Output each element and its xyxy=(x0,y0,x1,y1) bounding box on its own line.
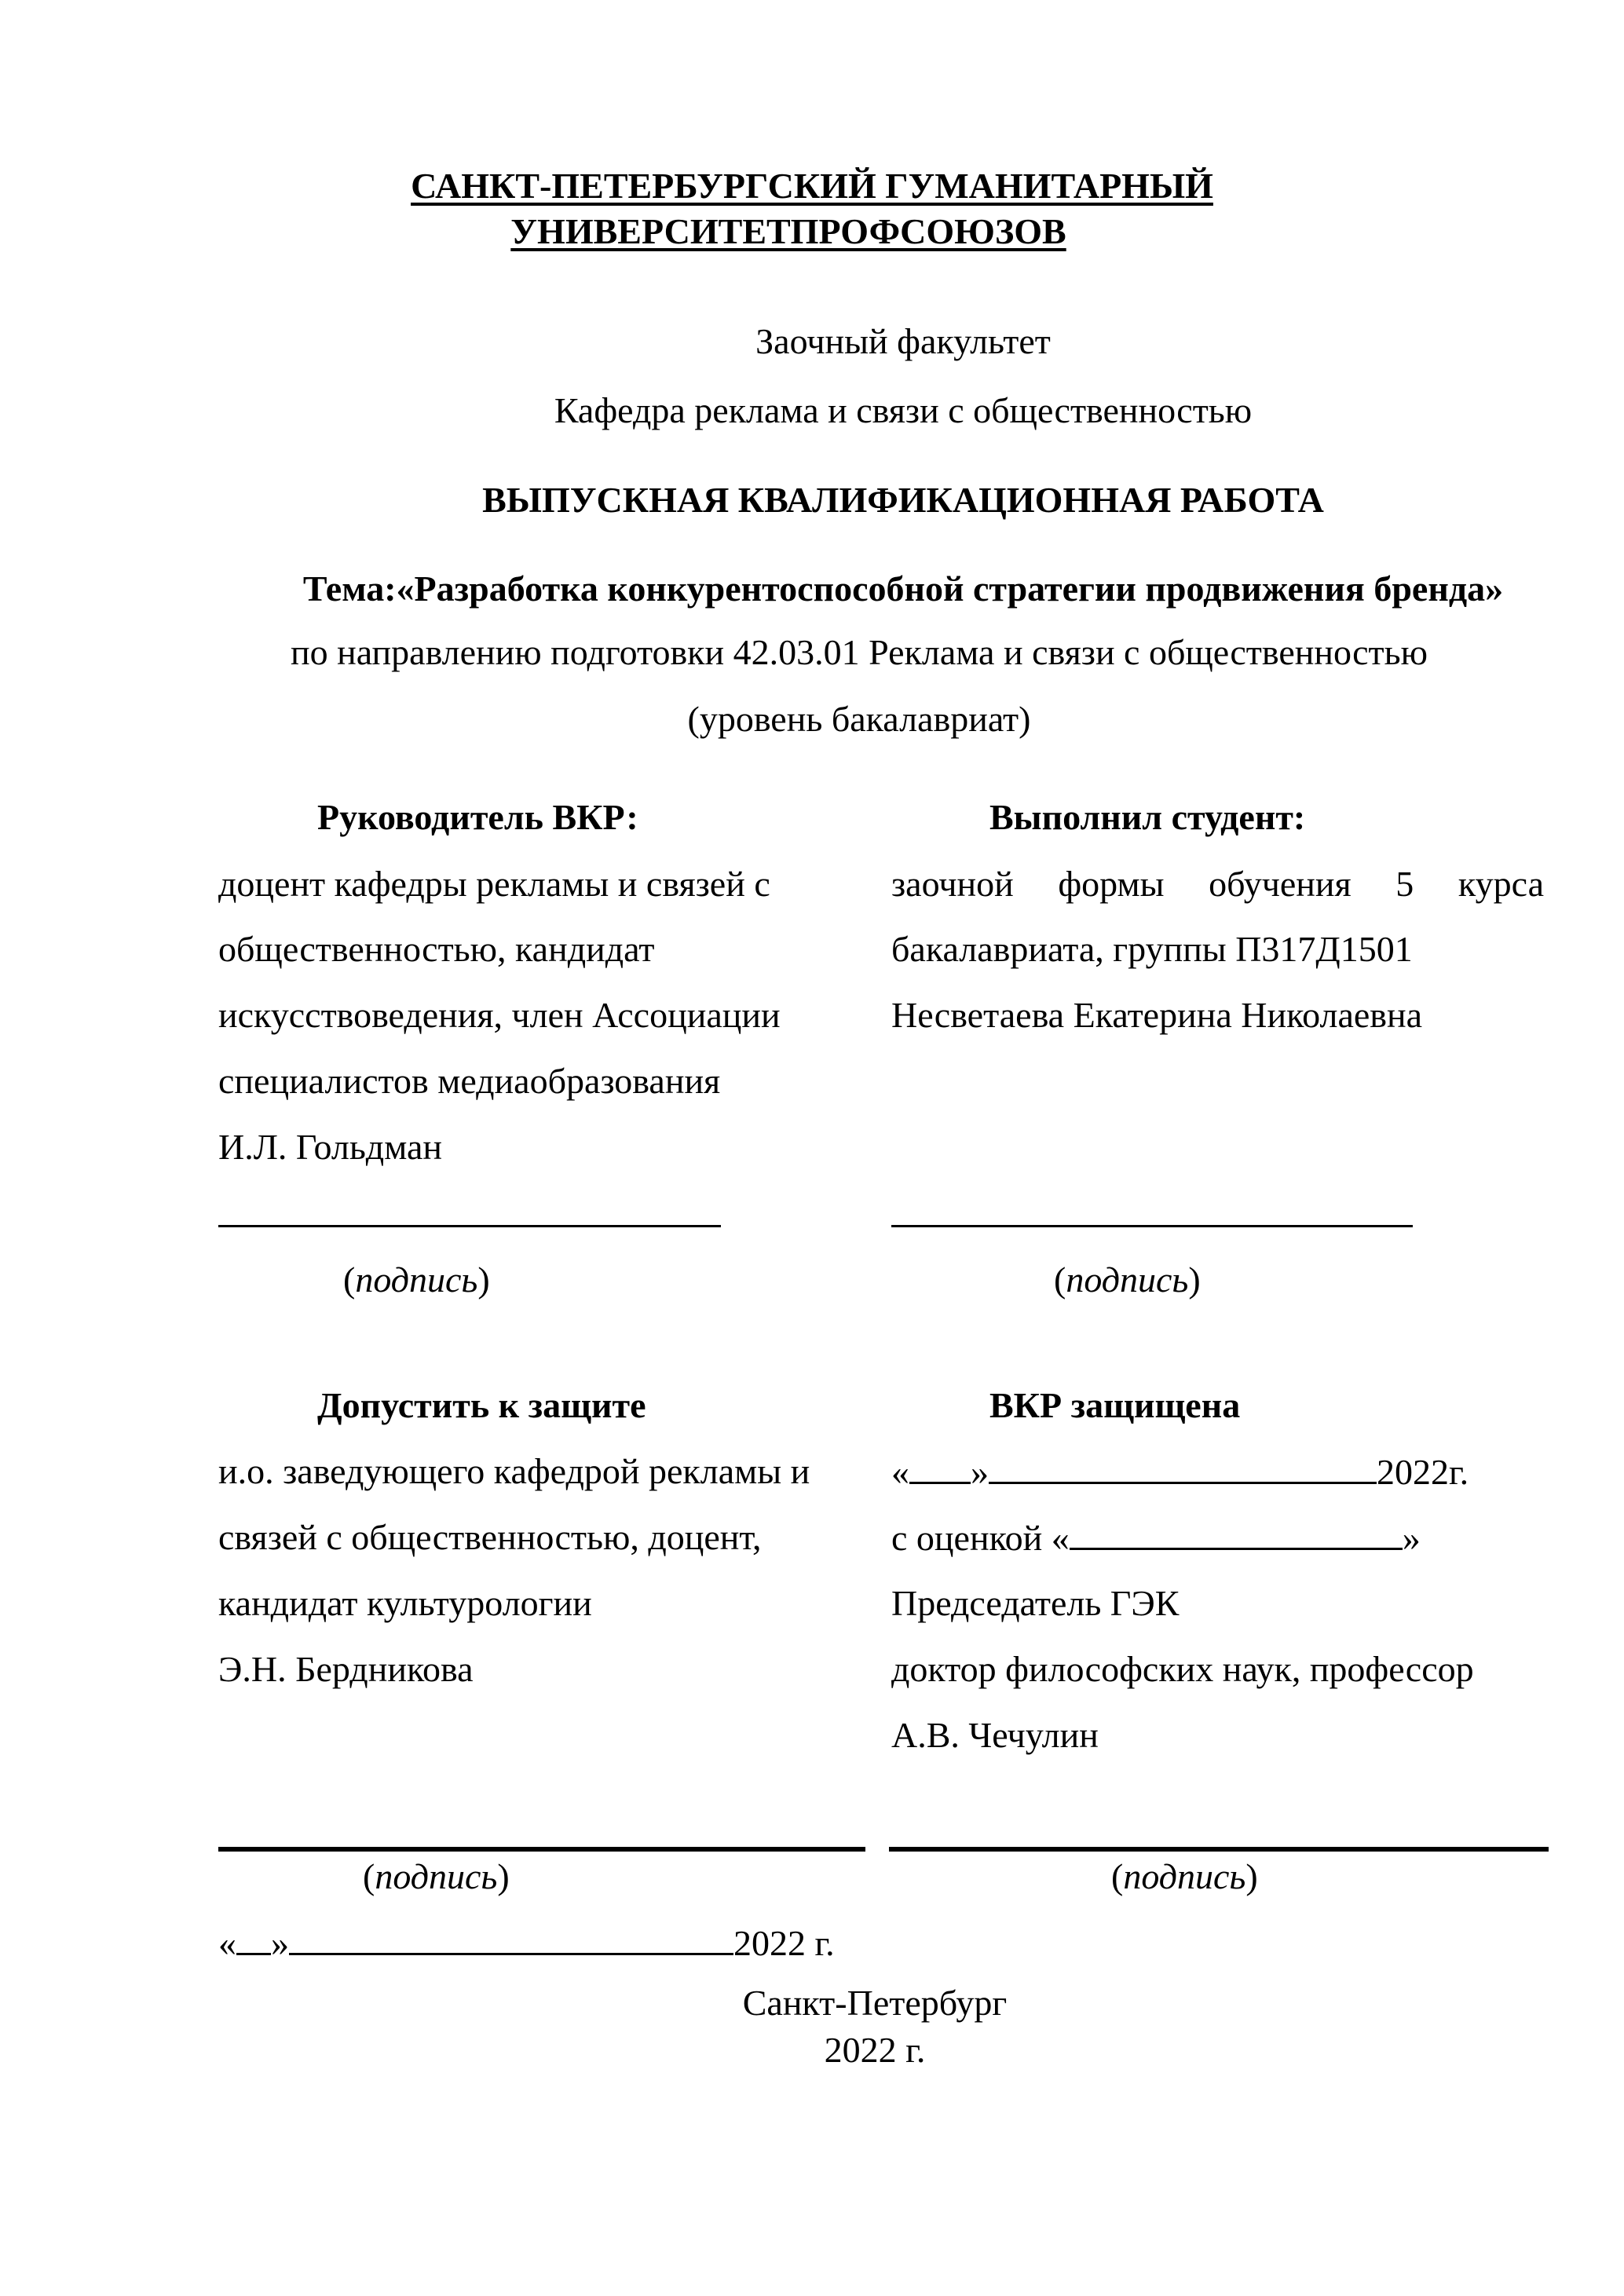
defense-signature-rule xyxy=(889,1847,1549,1852)
signature-caption-text: подпись xyxy=(355,1260,477,1300)
day-blank[interactable] xyxy=(909,1453,971,1484)
day-blank[interactable] xyxy=(236,1925,271,1955)
supervisor-name: И.Л. Гольдман xyxy=(218,1129,442,1165)
grade-blank[interactable] xyxy=(1070,1519,1403,1550)
work-type-title: ВЫПУСКНАЯ КВАЛИФИКАЦИОННАЯ РАБОТА xyxy=(91,482,1624,518)
supervisor-line: общественностью, кандидат xyxy=(218,931,654,967)
university-name-line1: САНКТ-ПЕТЕРБУРГСКИЙ ГУМАНИТАРНЫЙ xyxy=(0,168,1624,204)
student-name: Несветаева Екатерина Николаевна xyxy=(891,997,1422,1033)
quote-close: » xyxy=(971,1452,989,1492)
year-text: 2022г. xyxy=(1377,1452,1469,1492)
signature-caption-text: подпись xyxy=(1123,1856,1245,1896)
department: Кафедра реклама и связи с общественность… xyxy=(91,393,1624,429)
admission-name: Э.Н. Бердникова xyxy=(218,1651,474,1687)
direction: по направлению подготовки 42.03.01 Рекла… xyxy=(47,634,1624,671)
defense-signature-caption: (подпись) xyxy=(1111,1859,1258,1895)
student-signature-caption: (подпись) xyxy=(1054,1262,1201,1298)
year-text: 2022 г. xyxy=(733,1923,835,1963)
university-name-line2: УНИВЕРСИТЕТПРОФСОЮЗОВ xyxy=(0,214,1600,250)
topic: Тема:«Разработка конкурентоспособной стр… xyxy=(91,571,1624,607)
month-blank[interactable] xyxy=(989,1453,1377,1484)
year: 2022 г. xyxy=(63,2032,1624,2068)
supervisor-line: искусствоведения, член Ассоциации xyxy=(218,997,781,1033)
student-line: бакалавриата, группы П317Д1501 xyxy=(891,931,1413,967)
defense-line: Председатель ГЭК xyxy=(891,1585,1179,1621)
student-line: заочной формы обучения 5 курса xyxy=(891,866,1544,902)
defense-chair-name: А.В. Чечулин xyxy=(891,1717,1099,1753)
faculty: Заочный факультет xyxy=(91,324,1624,360)
admission-heading: Допустить к защите xyxy=(317,1387,646,1424)
supervisor-signature-caption: (подпись) xyxy=(343,1262,490,1298)
admission-line: кандидат культурологии xyxy=(218,1585,592,1621)
signature-caption-text: подпись xyxy=(1066,1260,1188,1300)
admission-signature-rule xyxy=(218,1847,865,1852)
student-heading: Выполнил студент: xyxy=(989,799,1305,835)
admission-line: и.о. заведующего кафедрой рекламы и xyxy=(218,1453,810,1490)
supervisor-line: доцент кафедры рекламы и связей с xyxy=(218,866,770,902)
education-level: (уровень бакалавриат) xyxy=(47,701,1624,737)
student-signature-line xyxy=(891,1225,1413,1227)
month-blank[interactable] xyxy=(289,1925,733,1955)
supervisor-line: специалистов медиаобразования xyxy=(218,1063,720,1099)
admission-line: связей с общественностью, доцент, xyxy=(218,1519,762,1556)
city: Санкт-Петербург xyxy=(63,1985,1624,2021)
admission-signature-caption: (подпись) xyxy=(363,1859,510,1895)
quote-close: » xyxy=(271,1923,289,1963)
quote-open: « xyxy=(891,1452,909,1492)
supervisor-heading: Руководитель ВКР: xyxy=(317,799,638,835)
grade-label: с оценкой « xyxy=(891,1518,1070,1558)
supervisor-signature-line xyxy=(218,1225,721,1227)
quote-close: » xyxy=(1403,1518,1421,1558)
defense-date-field[interactable]: «»2022г. xyxy=(891,1453,1469,1490)
defense-line: доктор философских наук, профессор xyxy=(891,1651,1474,1687)
signature-caption-text: подпись xyxy=(375,1856,497,1896)
defense-heading: ВКР защищена xyxy=(989,1387,1240,1424)
defense-grade-field[interactable]: с оценкой «» xyxy=(891,1519,1421,1556)
admission-date-field[interactable]: «»2022 г. xyxy=(218,1925,835,1961)
quote-open: « xyxy=(218,1923,236,1963)
